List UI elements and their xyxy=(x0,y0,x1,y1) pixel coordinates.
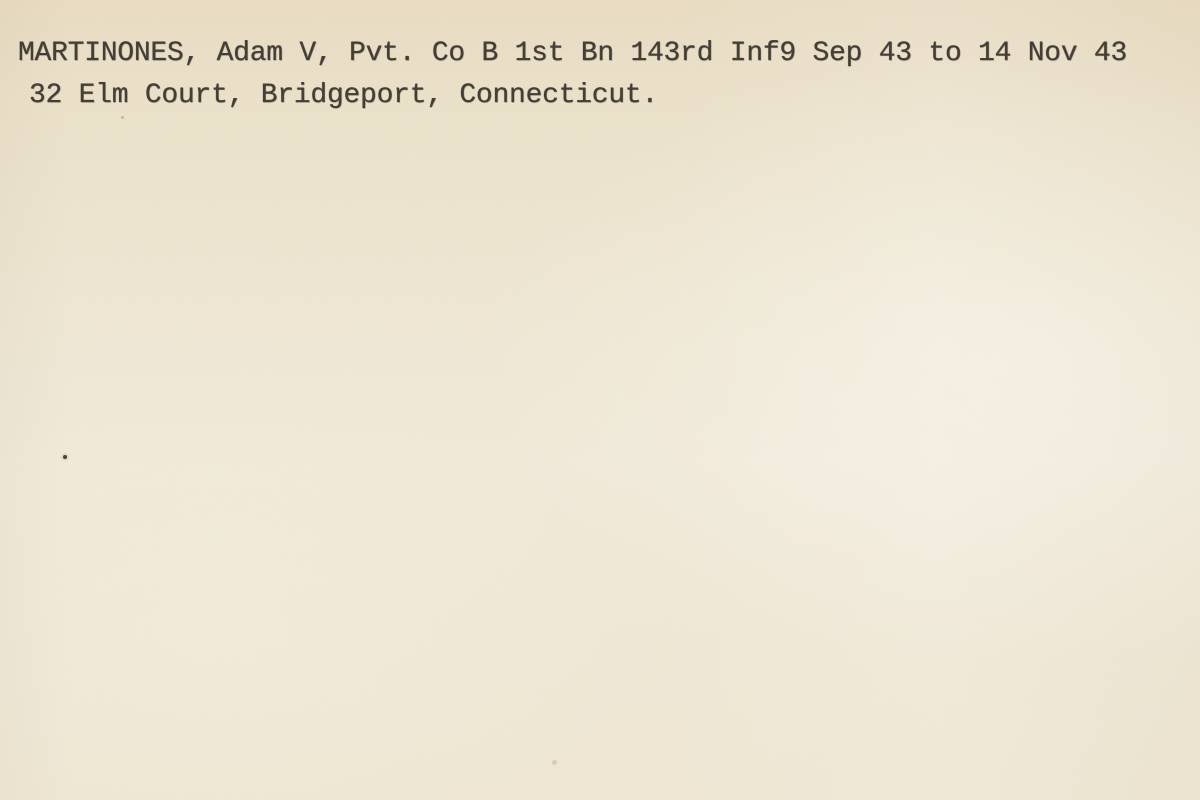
typed-record-line: MARTINONES, Adam V, Pvt. Co B 1st Bn 143… xyxy=(18,40,1127,68)
paper-blemish xyxy=(552,760,557,765)
ink-speck xyxy=(63,455,67,459)
typed-address-line: 32 Elm Court, Bridgeport, Connecticut. xyxy=(29,82,658,110)
paper-dot xyxy=(121,116,124,119)
paper-grain-texture xyxy=(0,0,1200,800)
index-card: MARTINONES, Adam V, Pvt. Co B 1st Bn 143… xyxy=(0,0,1200,800)
